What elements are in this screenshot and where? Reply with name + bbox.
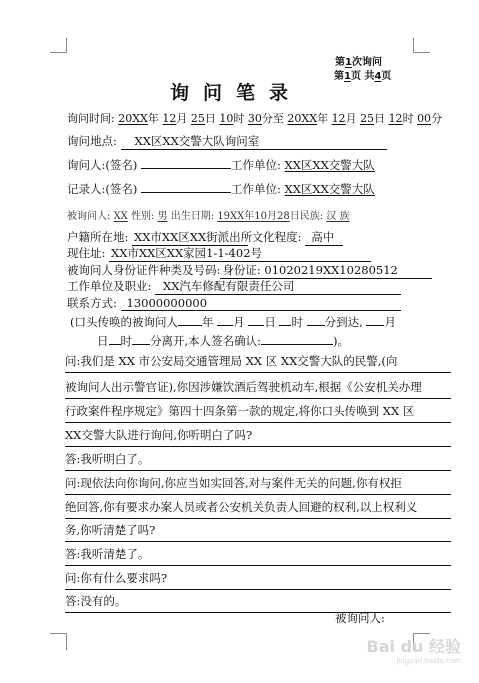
page-indicator: 第1页 共4页 bbox=[334, 67, 391, 82]
id-value: 身份证: 01020219XX10280512 bbox=[220, 262, 432, 279]
unit-day: 日 bbox=[374, 112, 385, 125]
arrive-day-field[interactable] bbox=[248, 314, 264, 326]
household-row: 户籍所在地: XX市XX区XX街派出所 文化程度: 高中 bbox=[67, 229, 343, 246]
unit-minute: 分 bbox=[431, 112, 442, 125]
qa-line: 被询问人出示警官证),你因涉嫌饮酒后驾驶机动车,根据《公安机关办理 bbox=[65, 379, 451, 399]
unit-month: 月 bbox=[176, 112, 187, 125]
summons-close: )。 bbox=[333, 334, 349, 348]
inquiry-count: 第1次询问 bbox=[335, 53, 382, 68]
watermark-url: jingyan.baidu.com bbox=[367, 657, 461, 665]
confirm-signature-field[interactable] bbox=[261, 333, 333, 345]
qa-line: 行政案件程序规定》第四十四条第一款的规定,将你口头传唤到 XX 区 bbox=[65, 403, 451, 423]
corner-mark-top-left bbox=[50, 38, 67, 53]
interrogator-unit-label: 工作单位: bbox=[231, 158, 281, 172]
qa-line: 问:你有什么要求吗? bbox=[65, 570, 451, 590]
sex-label: 性别: bbox=[131, 211, 154, 222]
inquiry-place-label: 询问地点: bbox=[67, 134, 117, 148]
household-label: 户籍所在地: bbox=[67, 230, 128, 244]
start-day: 25 bbox=[191, 112, 205, 125]
leave-minute-field[interactable] bbox=[132, 333, 150, 345]
unit-hour: 时 bbox=[121, 334, 133, 348]
id-row: 被询问人身份证件种类及号码:身份证: 01020219XX10280512 bbox=[67, 262, 432, 279]
education-value: 高中 bbox=[305, 229, 343, 246]
start-year: 20XX bbox=[118, 112, 148, 125]
start-hour: 10 bbox=[219, 112, 233, 125]
end-year: 20XX bbox=[287, 112, 317, 125]
unit-year: 年 bbox=[202, 315, 214, 329]
address-row: 现住址: XX市XX区XX家园1-1-402号 bbox=[67, 245, 371, 262]
end-hour: 12 bbox=[389, 112, 403, 125]
start-month: 12 bbox=[162, 112, 176, 125]
interrogator-unit-value: XX区XX交警大队 bbox=[285, 158, 375, 172]
address-label: 现住址: bbox=[67, 246, 105, 260]
ethnicity-value: 汉 族 bbox=[326, 211, 349, 222]
recorder-unit-value: XX区XX交警大队 bbox=[285, 182, 375, 196]
watermark-brand: Bai du 经验 bbox=[367, 637, 461, 656]
qa-line: 问:我们是 XX 市公安局交通管理局 XX 区 XX交警大队的民警,(向 bbox=[65, 353, 451, 373]
ethnicity-label: 日民族: bbox=[290, 211, 323, 222]
unit-hour: 时 bbox=[403, 112, 414, 125]
arrive-minute-field[interactable] bbox=[307, 314, 325, 326]
unit-day: 日 bbox=[97, 334, 109, 348]
document-title: 询问笔录 bbox=[170, 78, 302, 105]
qa-line: 问:现依法向你询问,你应当如实回答,对与案件无关的问题,你有权拒 bbox=[65, 475, 451, 495]
dob-value: 19XX年10月28 bbox=[217, 211, 289, 222]
summons-text: (口头传唤的被询问人 bbox=[70, 315, 178, 329]
interrogator-signature-field[interactable] bbox=[141, 157, 231, 169]
summons-line-2: 日时分离开,本人签名确认:)。 bbox=[97, 333, 349, 349]
arrive-hour-field[interactable] bbox=[279, 314, 291, 326]
unit-year: 年 bbox=[148, 112, 159, 125]
address-value: XX市XX区XX家园1-1-402号 bbox=[109, 245, 371, 262]
leave-hour-field[interactable] bbox=[109, 333, 121, 345]
unit-minute-to: 分至 bbox=[262, 112, 284, 125]
unit-hour: 时 bbox=[233, 112, 244, 125]
unit-month: 月 bbox=[346, 112, 357, 125]
education-label: 文化程度: bbox=[252, 230, 302, 244]
qa-line: 答:没有的。 bbox=[65, 593, 451, 613]
unit-hour: 时 bbox=[291, 315, 303, 329]
sex-value: 男 bbox=[158, 211, 168, 222]
unit-year: 年 bbox=[317, 112, 328, 125]
inquiry-time-row: 询问时间: 20XX年 12月 25日 10时 30分至 20XX年 12月 2… bbox=[67, 110, 442, 126]
inquiry-time-label: 询问时间: bbox=[67, 112, 115, 125]
recorder-signature-field[interactable] bbox=[141, 181, 231, 193]
page-suffix: 页 bbox=[381, 71, 391, 82]
leave-text: 分离开,本人签名确认: bbox=[150, 334, 261, 348]
dob-label: 出生日期: bbox=[171, 211, 214, 222]
qa-line: 答:我听明白了。 bbox=[65, 451, 451, 471]
qa-line: 绝回答,你有要求办案人员或者公安机关负责人回避的权利,以上权利义 bbox=[65, 499, 451, 519]
end-minute: 00 bbox=[417, 112, 431, 125]
corner-mark-top-right bbox=[413, 38, 430, 53]
qa-line: 答:我听清楚了。 bbox=[65, 546, 451, 566]
recorder-label: 记录人:(签名) bbox=[67, 182, 137, 196]
recorder-row: 记录人:(签名) 工作单位: XX区XX交警大队 bbox=[67, 181, 375, 197]
id-label: 被询问人身份证件种类及号码: bbox=[67, 263, 220, 277]
contact-label: 联系方式: bbox=[67, 296, 117, 310]
corner-mark-bottom-left bbox=[50, 633, 67, 650]
start-minute: 30 bbox=[248, 112, 262, 125]
summons-line-1: (口头传唤的被询问人年 月 日 时 分到达, 月 bbox=[70, 314, 396, 330]
watermark: Bai du 经验 jingyan.baidu.com bbox=[367, 634, 461, 665]
inquiry-place-row: 询问地点: XX区XX交警大队询问室 bbox=[67, 133, 387, 150]
unit-day: 日 bbox=[264, 315, 276, 329]
page-prefix: 第 bbox=[334, 71, 344, 82]
unit-day: 日 bbox=[205, 112, 216, 125]
contact-row: 联系方式: 13000000000 bbox=[67, 295, 401, 311]
interrogator-label: 询问人:(签名) bbox=[67, 158, 137, 172]
inquiry-place-value: XX区XX交警大队询问室 bbox=[121, 133, 387, 150]
work-value: XX汽车修配有限责任公司 bbox=[155, 278, 401, 295]
contact-value: 13000000000 bbox=[121, 296, 401, 311]
work-label: 工作单位及职业: bbox=[67, 279, 151, 293]
page-mid: 页 共 bbox=[351, 71, 374, 82]
subject-label: 被询问人: bbox=[67, 211, 110, 222]
unit-month: 月 bbox=[233, 315, 245, 329]
arrive-month-field[interactable] bbox=[217, 314, 233, 326]
unit-month: 月 bbox=[384, 315, 396, 329]
recorder-unit-label: 工作单位: bbox=[231, 182, 281, 196]
page-number: 1 bbox=[344, 71, 351, 82]
arrive-year-field[interactable] bbox=[178, 314, 202, 326]
qa-line: XX交警大队进行询问,你听明白了吗? bbox=[65, 427, 451, 447]
work-row: 工作单位及职业: XX汽车修配有限责任公司 bbox=[67, 278, 401, 295]
qa-line: 务,你听清楚了吗? bbox=[65, 522, 451, 542]
end-month: 12 bbox=[332, 112, 346, 125]
subject-name: XX bbox=[114, 211, 128, 222]
interrogator-row: 询问人:(签名) 工作单位: XX区XX交警大队 bbox=[67, 157, 375, 173]
signature-label: 被询问人: bbox=[335, 610, 385, 626]
arrive-text: 分到达, bbox=[325, 315, 363, 329]
leave-month-field[interactable] bbox=[366, 314, 384, 326]
subject-row: 被询问人: XX 性别: 男 出生日期: 19XX年10月28日民族: 汉 族 bbox=[67, 207, 350, 222]
household-value: XX市XX区XX街派出所 bbox=[132, 229, 248, 246]
end-day: 25 bbox=[360, 112, 374, 125]
